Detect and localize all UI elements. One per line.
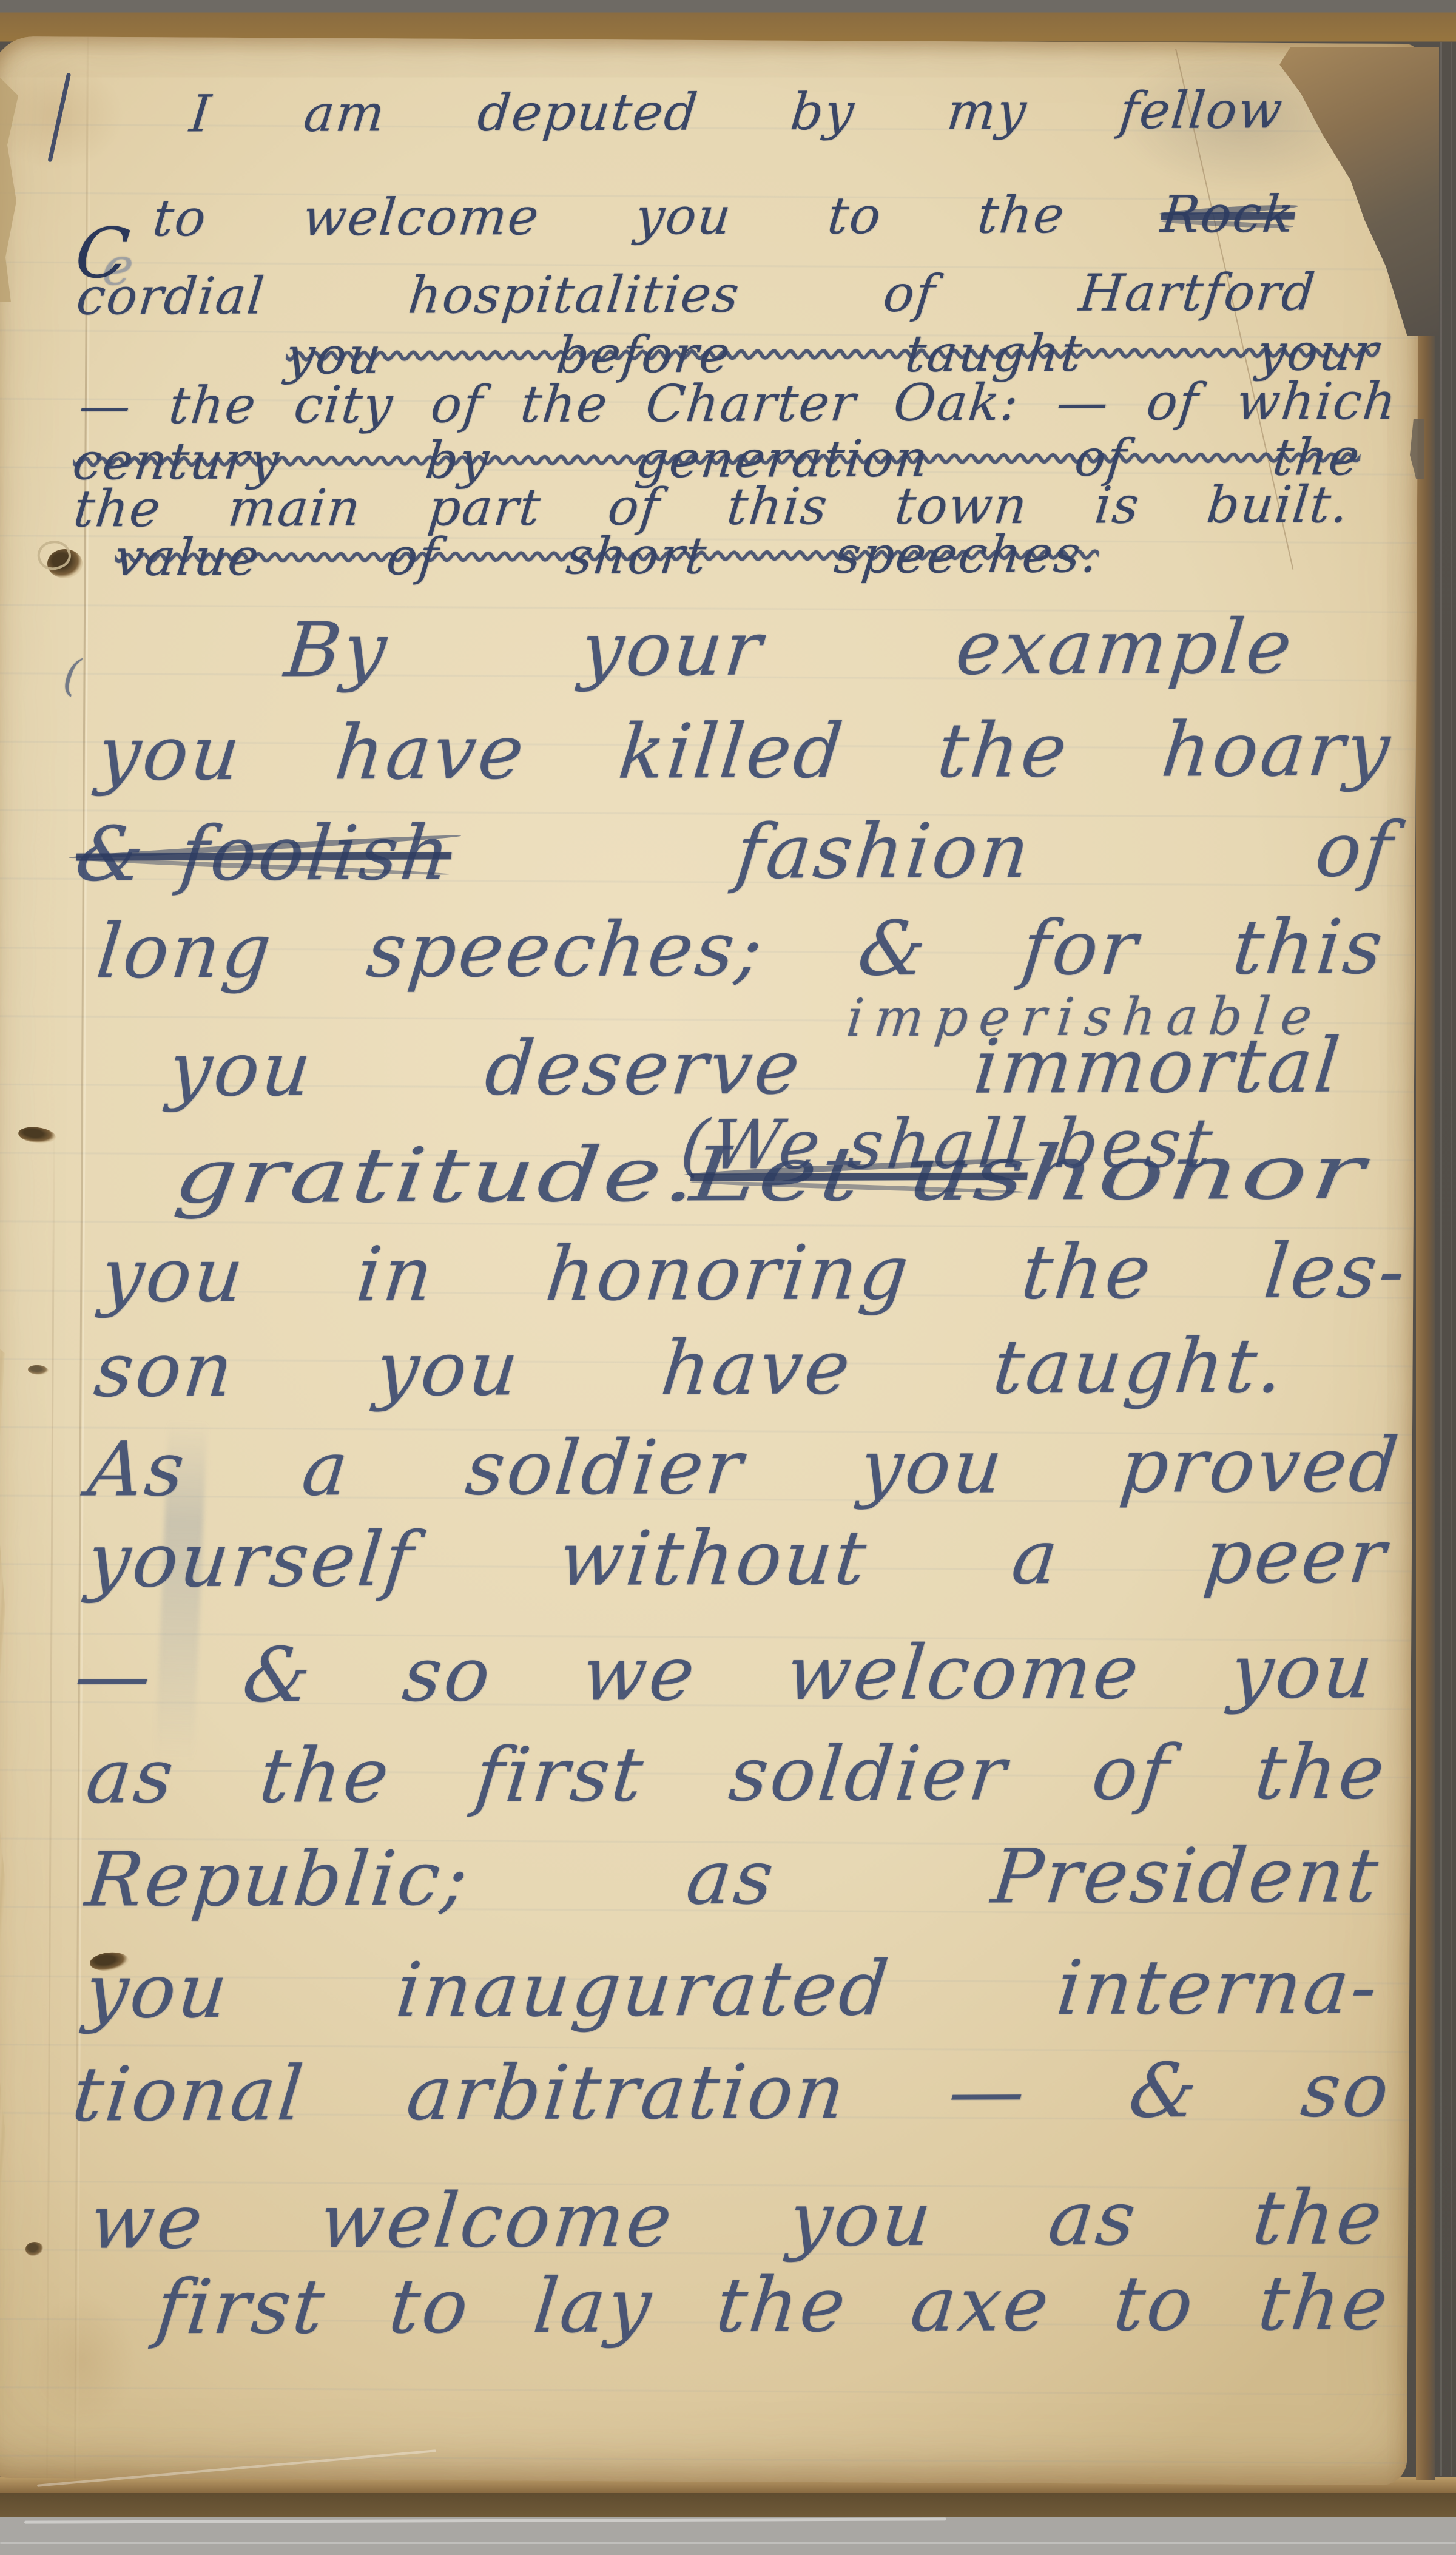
binding-hole	[25, 2242, 44, 2256]
manuscript-line: you in honoring the les-	[98, 1234, 1411, 1313]
scanned-notebook-photo: { "document_kind": "handwritten notebook…	[0, 0, 1456, 2555]
scribbled-out-words: Let us	[687, 1136, 1032, 1213]
manuscript-line: cordial hospitalities of Hartford	[75, 266, 1318, 322]
manuscript-line: son you have taught.	[91, 1329, 1289, 1408]
scribbled-out-words: & foolish	[73, 815, 456, 892]
manuscript-line: By your example	[281, 610, 1297, 689]
line-text: honor	[1021, 1135, 1370, 1212]
line-text: to welcome you to the	[150, 184, 1165, 248]
manuscript-line: Republic; as President	[83, 1838, 1384, 1917]
notebook-page: e C ( I am deputed by my fellow to welco…	[0, 36, 1420, 2485]
manuscript-line: we welcome you as the	[87, 2180, 1388, 2260]
manuscript-line: tional arbitration — & so	[69, 2053, 1395, 2132]
manuscript-line: — & so we welcome you	[72, 1634, 1379, 1713]
manuscript-line: & foolish fashion of	[73, 812, 1398, 892]
plastic-reflection-streak	[0, 2542, 1456, 2544]
manuscript-line: you inaugurated interna-	[82, 1949, 1383, 2029]
plastic-reflection-streak	[24, 2517, 946, 2523]
manuscript-line: As a soldier you proved	[84, 1428, 1404, 1507]
manuscript-line: as the first soldier of the	[83, 1735, 1390, 1814]
manuscript-line-struck: value of short speeches.	[112, 528, 1101, 583]
manuscript-line: to welcome you to the Rock	[150, 189, 1297, 244]
manuscript-line: I am deputed by my fellow	[187, 84, 1286, 139]
manuscript-line: you deserve immortal	[166, 1028, 1345, 1108]
line-text: fashion of	[447, 806, 1398, 897]
manuscript-line: you have killed the hoary	[95, 712, 1396, 791]
manuscript-line: yourself without a peer	[84, 1519, 1392, 1598]
manuscript-line: first to lay the axe to the	[153, 2266, 1393, 2345]
manuscript-line: long speeches; & for this	[93, 910, 1389, 989]
plastic-reflection-streak	[1440, 42, 1442, 2476]
scribbled-out-word: Rock	[1159, 189, 1298, 240]
manuscript-line: — the city of the Charter Oak: — of whic…	[77, 376, 1400, 431]
binding-hole	[47, 549, 83, 578]
line-text: gratitude.	[171, 1137, 703, 1214]
plastic-reflection-streak	[1451, 42, 1452, 2476]
